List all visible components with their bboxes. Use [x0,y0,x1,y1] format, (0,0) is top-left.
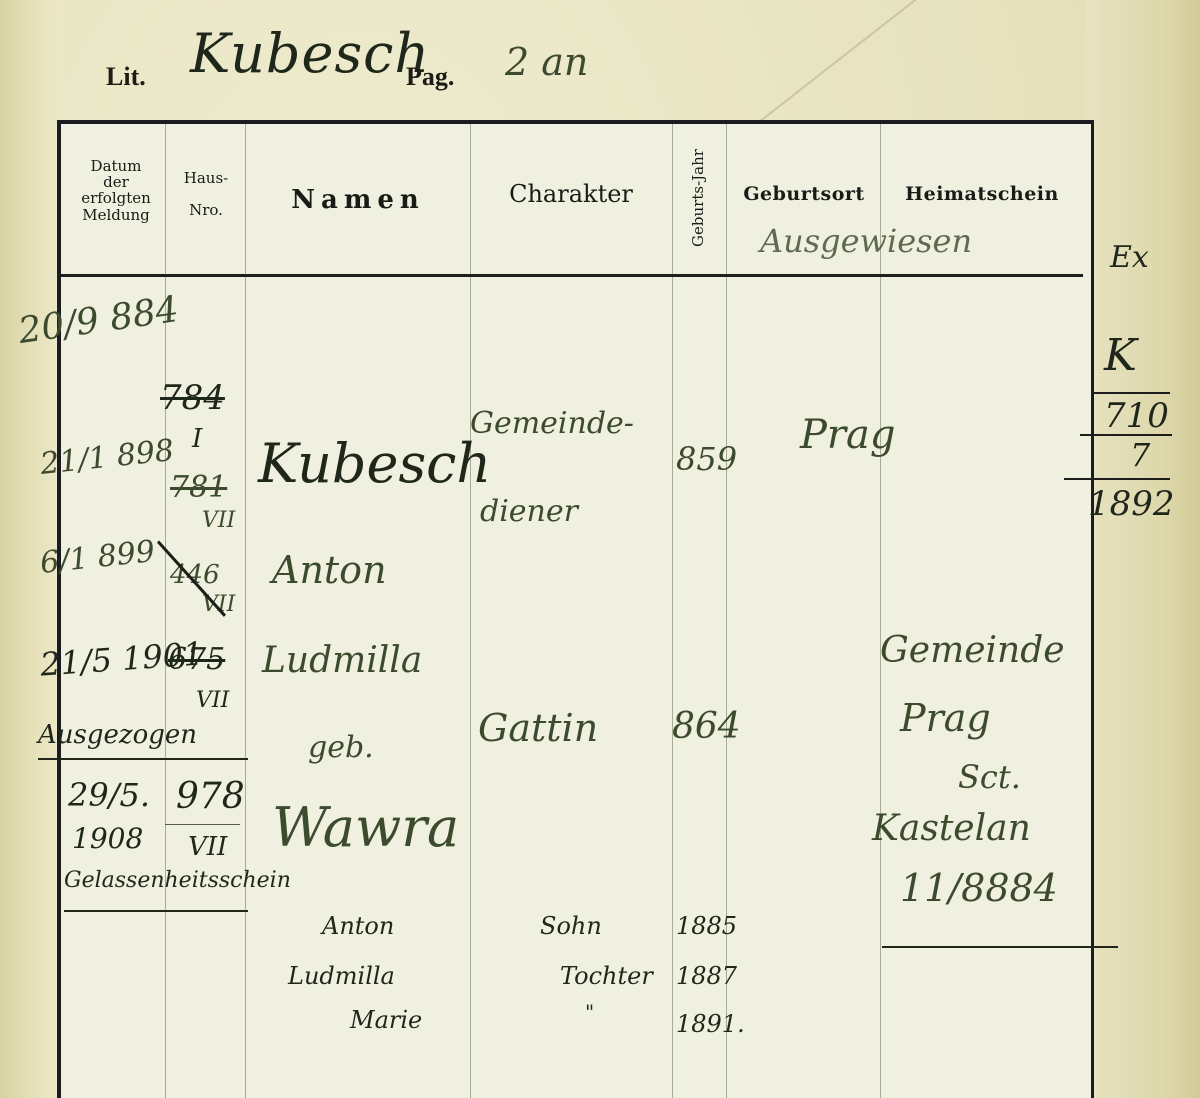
section-rule [38,758,248,760]
section-rule [64,910,248,912]
wife-charakter: Gattin [478,706,598,750]
pag-value: 2 an [505,40,588,84]
charakter-line2: diener [480,494,578,529]
header-datum-line: der [70,174,162,190]
column-divider [672,124,673,1098]
lit-value: Kubesch [190,22,430,85]
datum-entry-5: 29/5. [68,776,150,814]
column-divider [880,124,881,1098]
gelassenheitsschein-note: Gelassenheitsschein [64,868,291,893]
haus-entry-4: 675 [168,642,225,677]
pag-label: Pag. [406,62,454,92]
heimatschein-line2: Prag [900,696,991,740]
given-name: Anton [272,548,387,592]
margin-rule [1064,478,1170,480]
heimatschein-rule [882,946,1118,948]
datum-entry-5-year: 1908 [72,822,143,855]
header-datum-line: Meldung [70,207,162,223]
haus-entry-5: 978 [176,776,245,817]
ausgezogen-note: Ausgezogen [38,720,197,750]
header-geburtsjahr: Geburts-Jahr [672,128,724,268]
header-datum-line: Datum [70,158,162,174]
haus-entry-2: 781 [170,470,227,505]
header-heimatschein: Heimatschein [882,184,1082,205]
maiden-name: Wawra [272,796,459,859]
birthplace: Prag [800,412,896,458]
header-haus-line: Haus- [168,170,244,186]
margin-note-year: 1892 [1088,484,1175,524]
charakter-line1: Gemeinde- [470,406,634,441]
header-annotation: Ausgewiesen [760,222,972,260]
heimatschein-line4: Kastelan [872,808,1031,849]
district-entry-2: VII [202,508,235,533]
child-2-name: Ludmilla [288,962,395,990]
lit-label: Lit. [106,62,146,92]
child-2-relation: Tochter [560,962,653,990]
haus-entry-1: 784 [160,378,225,418]
header-geburtsjahr-text: Geburts-Jahr [689,149,707,247]
margin-rule [1092,392,1170,394]
header-haus: Haus- Nro. [168,170,244,218]
heimatschein-line3: Sct. [958,758,1021,796]
margin-note-top: Ex [1110,240,1149,275]
column-divider [470,124,471,1098]
child-2-year: 1887 [676,962,737,990]
column-divider [165,124,166,1098]
child-1-relation: Sohn [540,912,602,940]
paper-crease [760,0,966,122]
margin-rule [1080,434,1172,436]
heimatschein-line1: Gemeinde [880,630,1065,671]
child-3-name: Marie [350,1006,422,1034]
haus-rule [165,824,240,825]
wife-given-name: Ludmilla [262,640,422,681]
header-datum-line: erfolgten [70,190,162,206]
district-entry-5: VII [188,832,227,862]
margin-note-number: 710 [1104,396,1169,436]
birth-year: 859 [676,440,737,478]
district-entry-4: VII [196,688,229,713]
header-namen: Namen [248,186,468,214]
child-3-year: 1891. [676,1010,745,1038]
header-datum: Datum der erfolgten Meldung [70,158,162,223]
surname: Kubesch [258,432,491,495]
child-1-year: 1885 [676,912,737,940]
column-divider [245,124,246,1098]
child-1-name: Anton [322,912,394,940]
child-3-relation: " [585,1000,594,1024]
header-haus-line: Nro. [168,202,244,218]
geb-label: geb. [308,730,374,765]
district-entry-1: I [192,424,202,454]
margin-note-sub: 7 [1130,436,1150,474]
column-divider [726,124,727,1098]
header-charakter: Charakter [472,182,670,208]
margin-note-letter: K [1104,330,1137,381]
heimatschein-line5: 11/8884 [900,866,1058,910]
header-geburtsort: Geburtsort [728,184,880,205]
paper-right-edge [1085,0,1200,1098]
header-rule [61,274,1083,277]
wife-birth-year: 864 [672,706,741,747]
